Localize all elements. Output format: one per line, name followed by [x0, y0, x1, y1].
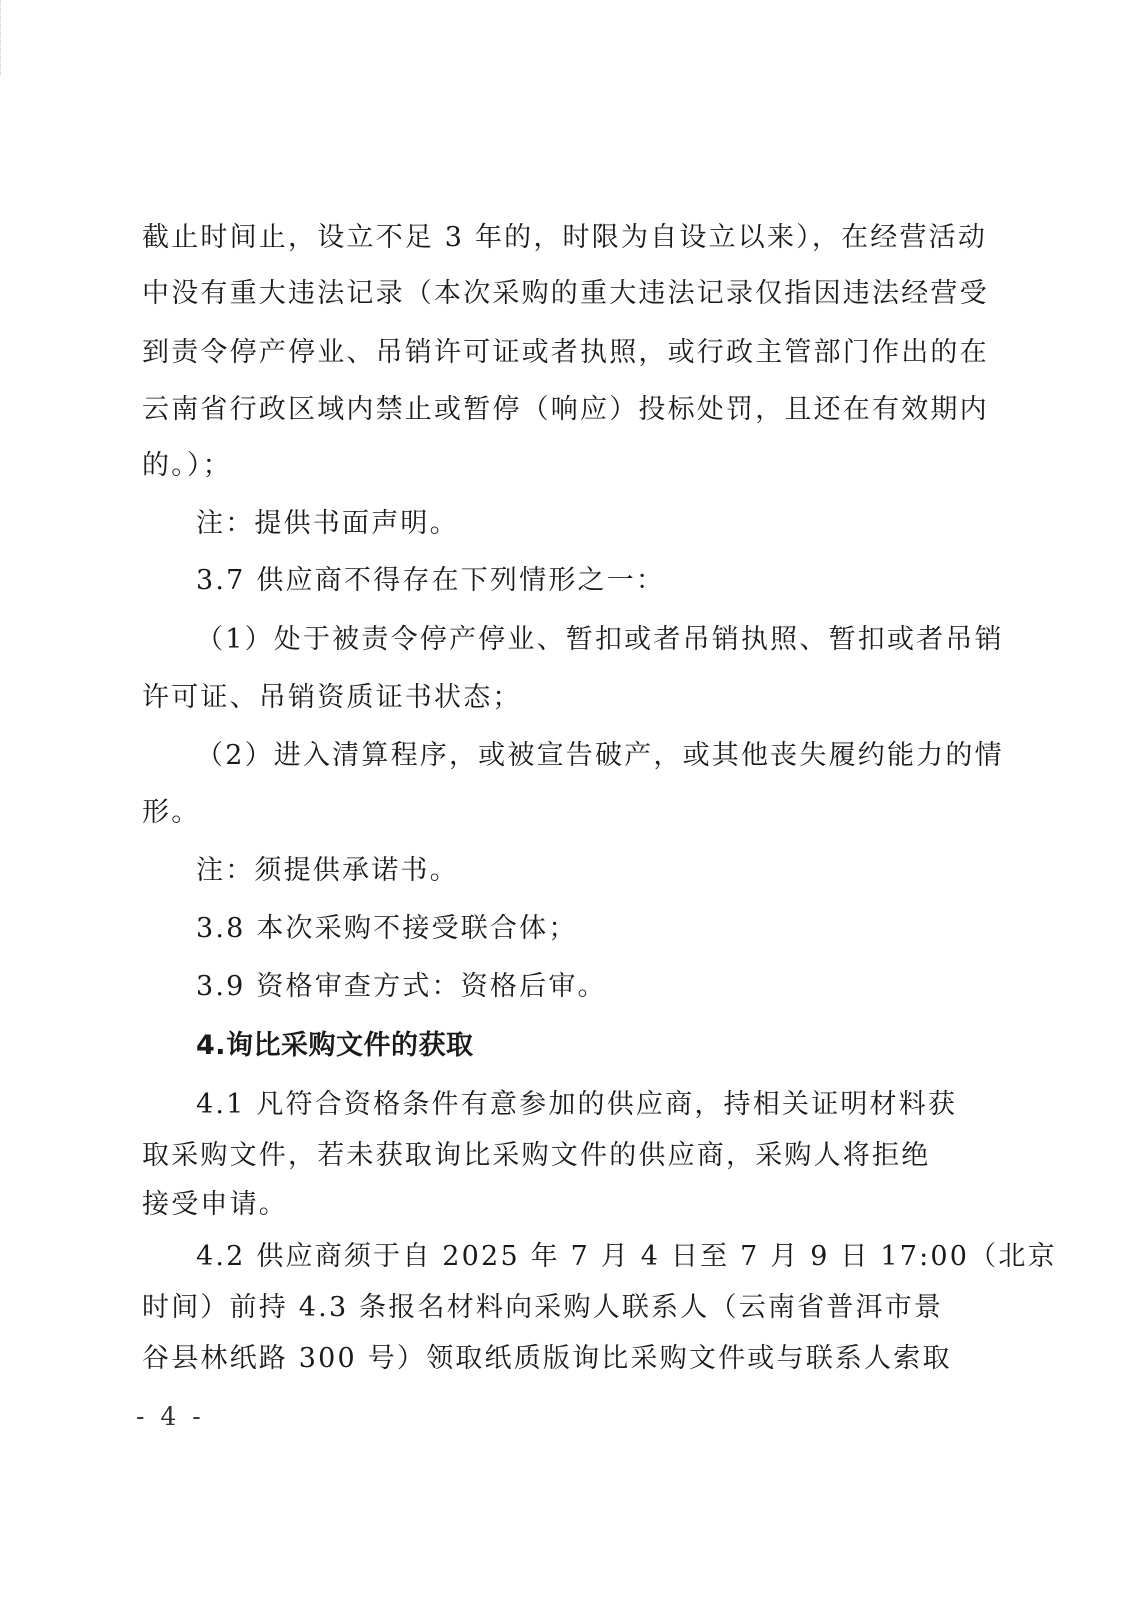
note-line: 注：提供书面声明。 — [196, 506, 459, 542]
note-line: 注：须提供承诺书。 — [196, 853, 459, 889]
body-line: 截止时间止，设立不足 3 年的，时限为自设立以来），在经营活动 — [142, 220, 987, 256]
body-line: 时间）前持 4.3 条报名材料向采购人联系人（云南省普洱市景 — [142, 1290, 943, 1326]
body-line: 的。）； — [142, 448, 232, 484]
body-line: 到责令停产停业、吊销许可证或者执照，或行政主管部门作出的在 — [142, 335, 989, 371]
body-line: 取采购文件，若未获取询比采购文件的供应商，采购人将拒绝 — [142, 1138, 930, 1174]
clause-item-2: （2）进入清算程序，或被宣告破产，或其他丧失履约能力的情 — [196, 738, 1004, 774]
body-line: 谷县林纸路 300 号）领取纸质版询比采购文件或与联系人索取 — [142, 1341, 952, 1377]
clause-3-7: 3.7 供应商不得存在下列情形之一： — [196, 563, 665, 599]
scan-edge-artifact — [0, 0, 3, 75]
body-line: 接受申请。 — [142, 1187, 288, 1223]
body-line: 中没有重大违法记录（本次采购的重大违法记录仅指因违法经营受 — [142, 276, 989, 312]
clause-item-1: （1）处于被责令停产停业、暂扣或者吊销执照、暂扣或者吊销 — [196, 622, 1004, 658]
section-heading-4: 4.询比采购文件的获取 — [196, 1028, 474, 1064]
body-line: 形。 — [142, 795, 200, 831]
clause-3-9: 3.9 资格审查方式：资格后审。 — [196, 969, 607, 1005]
page-number: - 4 - — [136, 1402, 205, 1431]
body-line: 云南省行政区域内禁止或暂停（响应）投标处罚，且还在有效期内 — [142, 392, 989, 428]
body-line: 许可证、吊销资质证书状态； — [142, 680, 522, 716]
clause-4-2: 4.2 供应商须于自 2025 年 7 月 4 日至 7 月 9 日 17:00… — [196, 1239, 1057, 1275]
clause-3-8: 3.8 本次采购不接受联合体； — [196, 911, 578, 947]
clause-4-1: 4.1 凡符合资格条件有意参加的供应商，持相关证明材料获 — [196, 1087, 957, 1123]
